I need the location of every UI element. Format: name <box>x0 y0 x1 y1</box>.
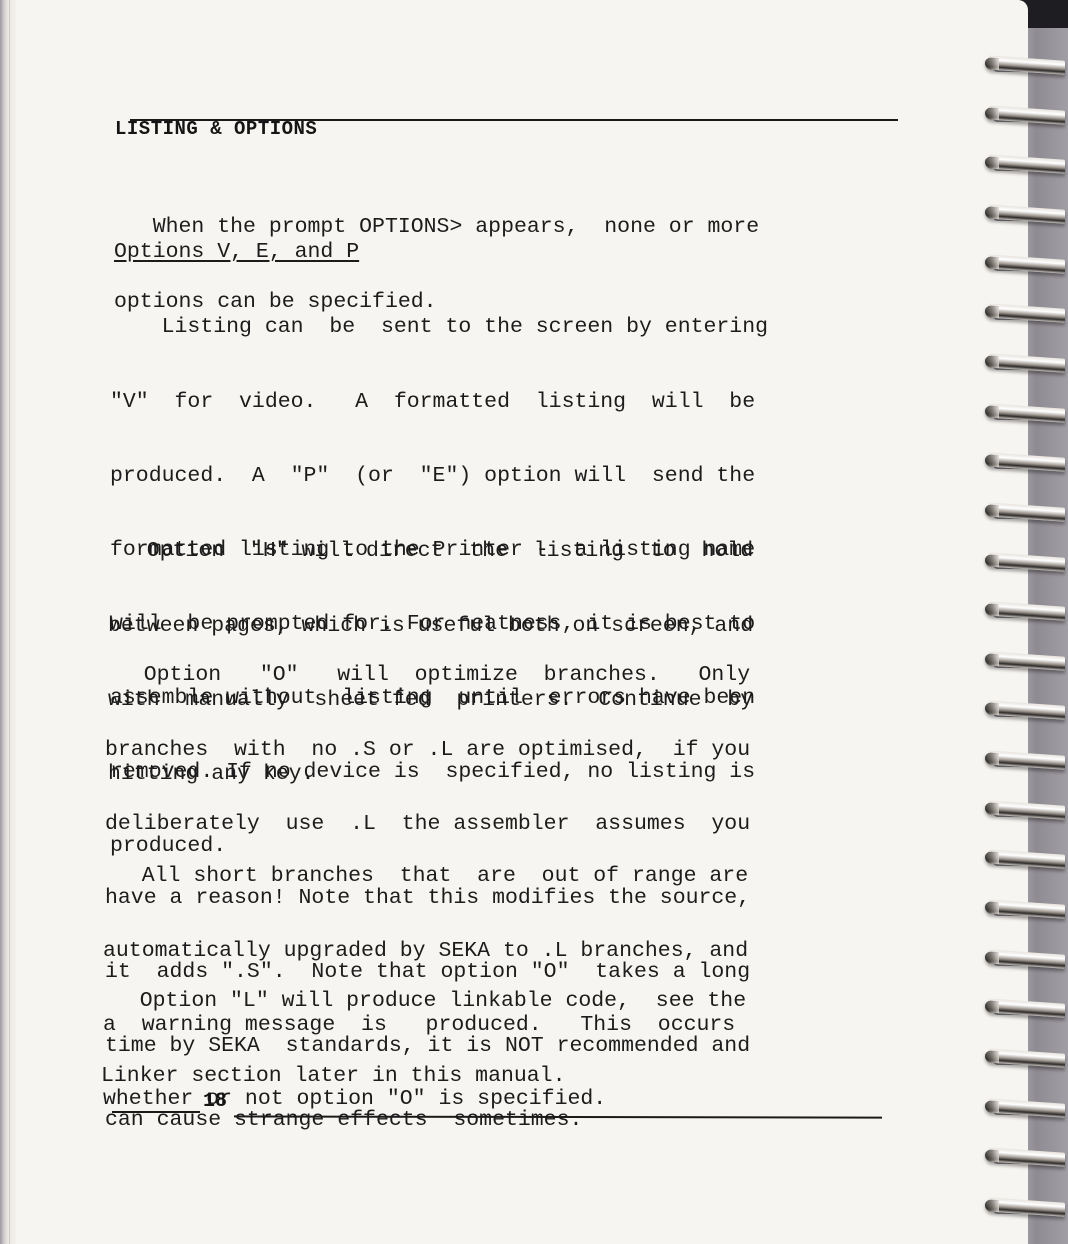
text-line: All short branches that are out of range… <box>103 864 748 889</box>
footer-rule-left <box>112 1111 200 1113</box>
text-line: Listing can be sent to the screen by ent… <box>110 315 768 340</box>
text-line: produced. A "P" (or "E") option will sen… <box>110 464 768 489</box>
text-line: Option "O" will optimize branches. Only <box>105 663 750 688</box>
text-line: "V" for video. A formatted listing will … <box>110 390 768 415</box>
section-title: LISTING & OPTIONS <box>115 118 317 140</box>
text-line: Option "H" will direct the listing to ho… <box>108 539 753 564</box>
text-line: branches with no .S or .L are optimised,… <box>105 738 750 763</box>
subheading-options-vep: Options V, E, and P <box>114 240 359 264</box>
page-number: 18 <box>203 1090 227 1113</box>
text-line: Linker section later in this manual. <box>101 1064 746 1089</box>
text-line: When the prompt OPTIONS> appears, none o… <box>114 215 759 240</box>
page-stack-edge <box>0 0 16 1244</box>
option-l-paragraph: Option "L" will produce linkable code, s… <box>101 940 746 1138</box>
text-line: Option "L" will produce linkable code, s… <box>101 989 746 1014</box>
manual-page: LISTING & OPTIONS When the prompt OPTION… <box>0 0 1028 1244</box>
